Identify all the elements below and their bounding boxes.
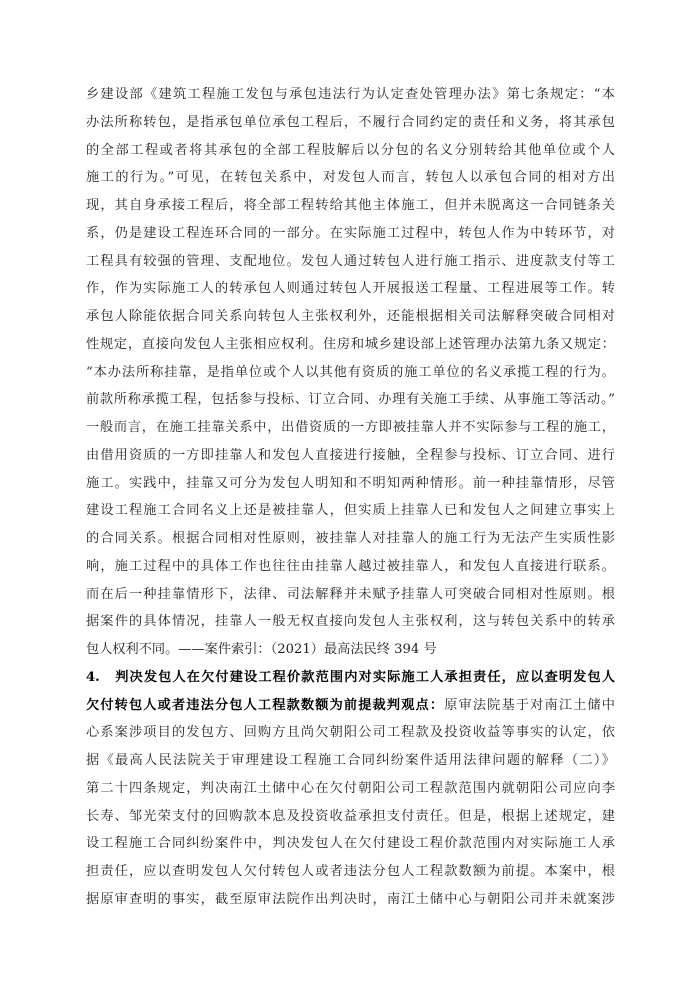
document-text-block: 乡建设部《建筑工程施工发包与承包违法行为认定查处管理办法》第七条规定：“本 办法… <box>86 81 615 914</box>
paragraph-1-line: 施工的行为。”可见，在转包关系中，对发包人而言，转包人以承包合同的相对方出 <box>86 164 615 192</box>
paragraph-4-mixed-line: 欠付转包人或者违法分包人工程款数额为前提裁判观点：原审法院基于对南江土储中 <box>86 692 615 720</box>
paragraph-1-line: 性规定，直接向发包人主张相应权利。住房和城乡建设部上述管理办法第九条又规定： <box>86 331 615 359</box>
paragraph-1-line: 现，其自身承接工程后，将全部工程转给其他主体施工，但并未脱离这一合同链条关 <box>86 192 615 220</box>
paragraph-1-line: “本办法所称挂靠，是指单位或个人以其他有资质的施工单位的名义承揽工程的行为。 <box>86 359 615 387</box>
paragraph-1-line: 施工。实践中，挂靠又可分为发包人明知和不明知两种情形。前一种挂靠情形，尽管 <box>86 470 615 498</box>
paragraph-1-line: 由借用资质的一方即挂靠人和发包人直接进行接触，全程参与投标、订立合同、进行 <box>86 442 615 470</box>
paragraph-1-line: 的合同关系。根据合同相对性原则，被挂靠人对挂靠人的施工行为无法产生实质性影 <box>86 525 615 553</box>
paragraph-1-line: 系，仍是建设工程连环合同的一部分。在实际施工过程中，转包人作为中转环节，对 <box>86 220 615 248</box>
paragraph-1-case-citation-line: 包人权利不同。——案件索引：（2021）最高法民终 394 号 <box>86 636 615 664</box>
paragraph-1-line: 响，施工过程中的具体工作也往往由挂靠人越过被挂靠人，和发包人直接进行联系。 <box>86 553 615 581</box>
paragraph-1-line: 的全部工程或者将其承包的全部工程肢解后以分包的名义分别转给其他单位或个人 <box>86 137 615 165</box>
paragraph-1-line: 办法所称转包，是指承包单位承包工程后，不履行合同约定的责任和义务，将其承包 <box>86 109 615 137</box>
paragraph-1-line: 承包人除能依据合同关系向转包人主张权利外，还能根据相关司法解释突破合同相对 <box>86 303 615 331</box>
paragraph-1-line: 乡建设部《建筑工程施工发包与承包违法行为认定查处管理办法》第七条规定：“本 <box>86 81 615 109</box>
paragraph-4-heading-bold-text: 4. 判决发包人在欠付建设工程价款范围内对实际施工人承担责任，应以查明发包人 <box>86 670 615 685</box>
paragraph-4-line: 第二十四条规定，判决南江土储中心在欠付朝阳公司工程款范围内就朝阳公司应向李 <box>86 775 615 803</box>
paragraph-4-heading-line: 4. 判决发包人在欠付建设工程价款范围内对实际施工人承担责任，应以查明发包人 <box>86 664 615 692</box>
paragraph-4-line: 据《最高人民法院关于审理建设工程施工合同纠纷案件适用法律问题的解释（二）》 <box>86 747 615 775</box>
paragraph-1-line: 建设工程施工合同名义上还是被挂靠人，但实质上挂靠人已和发包人之间建立事实上 <box>86 497 615 525</box>
paragraph-4-line: 设工程施工合同纠纷案件中，判决发包人在欠付建设工程价款范围内对实际施工人承 <box>86 830 615 858</box>
paragraph-4-line: 长寿、邹光荣支付的回购款本息及投资收益承担支付责任。但是，根据上述规定，建 <box>86 803 615 831</box>
paragraph-4-body-text: 原审法院基于对南江土储中 <box>444 698 615 713</box>
paragraph-1-line: 作，作为实际施工人的转承包人则通过转包人开展报送工程量、工程进展等工作。转 <box>86 275 615 303</box>
paragraph-1-line: 而在后一种挂靠情形下，法律、司法解释并未赋予挂靠人可突破合同相对性原则。根 <box>86 581 615 609</box>
paragraph-4-line: 担责任，应以查明发包人欠付转包人或者违法分包人工程款数额为前提。本案中，根 <box>86 858 615 886</box>
paragraph-4-line: 据原审查明的事实，截至原审法院作出判决时，南江土储中心与朝阳公司并未就案涉 <box>86 886 615 914</box>
paragraph-1-line: 据案件的具体情况，挂靠人一般无权直接向发包人主张权利，这与转包关系中的转承 <box>86 608 615 636</box>
document-page: 乡建设部《建筑工程施工发包与承包违法行为认定查处管理办法》第七条规定：“本 办法… <box>0 0 700 990</box>
paragraph-1-line: 一般而言，在施工挂靠关系中，出借资质的一方即被挂靠人并不实际参与工程的施工， <box>86 414 615 442</box>
paragraph-4-heading-bold-text: 欠付转包人或者违法分包人工程款数额为前提裁判观点： <box>86 698 444 713</box>
paragraph-1-line: 前款所称承揽工程，包括参与投标、订立合同、办理有关施工手续、从事施工等活动。” <box>86 386 615 414</box>
paragraph-4-line: 心系案涉项目的发包方、回购方且尚欠朝阳公司工程款及投资收益等事实的认定，依 <box>86 719 615 747</box>
paragraph-1-line: 工程具有较强的管理、支配地位。发包人通过转包人进行施工指示、进度款支付等工 <box>86 248 615 276</box>
